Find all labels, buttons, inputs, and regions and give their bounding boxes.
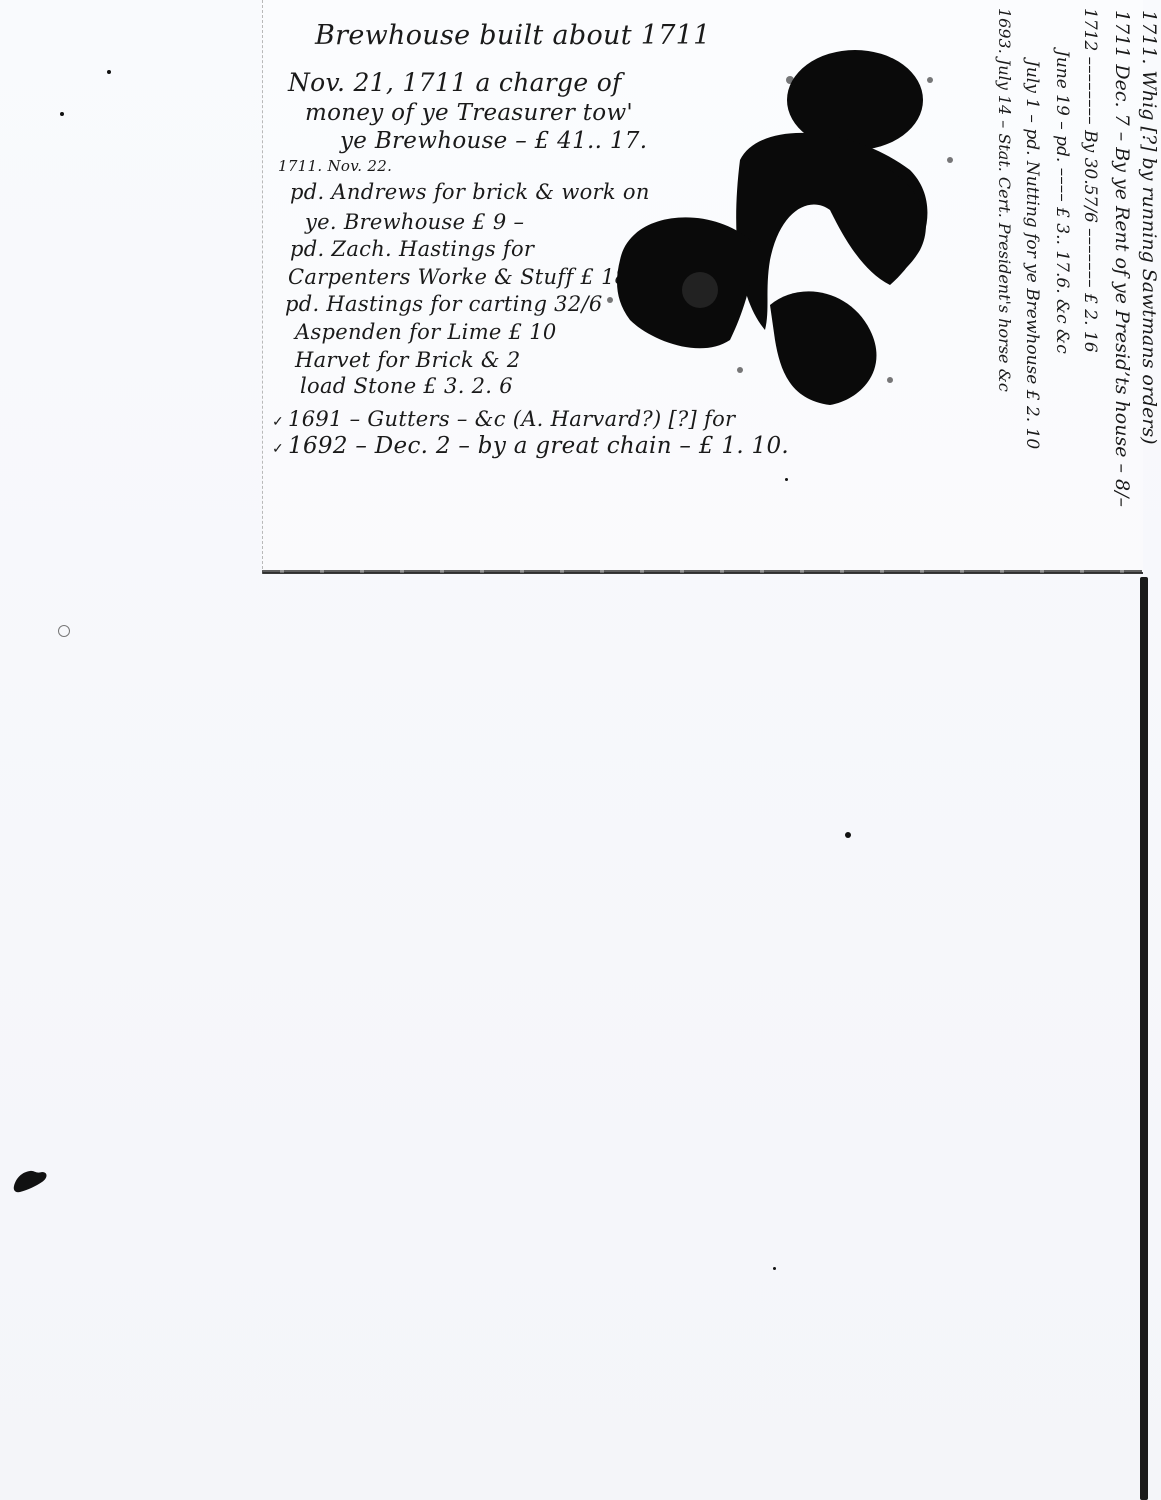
circle-mark-icon — [58, 625, 70, 637]
line-date-nov-22: 1711. Nov. 22. — [278, 157, 392, 175]
line-carpenters: Carpenters Worke & Stuff £ 18 — [288, 265, 628, 289]
check-mark-icon: ✓ — [272, 414, 284, 430]
line-nov-21: Nov. 21, 1711 a charge of — [288, 68, 622, 97]
speck — [785, 478, 788, 481]
scanned-page: Brewhouse built about 1711 Nov. 21, 1711… — [0, 0, 1161, 1500]
ink-stain-icon — [12, 1168, 50, 1194]
line-brewhouse-9: ye. Brewhouse £ 9 – — [305, 210, 524, 234]
ink-blot-icon — [590, 40, 990, 470]
line-money-treasurer: money of ye Treasurer tow' — [305, 100, 633, 126]
page-right-edge-bar — [1140, 577, 1148, 1500]
margin-note-3: 1712 –––––––– By 30.57/6 ––––––– £ 2. 16 — [1080, 8, 1100, 353]
speck — [773, 1267, 776, 1270]
margin-note-1: 1711. Whig [?] by running Sawtmans order… — [1138, 10, 1160, 445]
margin-note-5: July 1 – pd. Nutting for ye Brewhouse £ … — [1022, 60, 1042, 449]
margin-note-6: 1693. July 14 – Stat. Cert. President's … — [995, 8, 1014, 392]
line-brick: Harvet for Brick & 2 — [295, 348, 521, 372]
line-stone: load Stone £ 3. 2. 6 — [300, 374, 513, 398]
speck — [845, 832, 851, 838]
line-lime: Aspenden for Lime £ 10 — [295, 320, 557, 344]
speck — [60, 112, 64, 116]
line-zach-hastings: pd. Zach. Hastings for — [290, 237, 534, 261]
card-bottom-edge — [262, 570, 1142, 573]
line-carting: pd. Hastings for carting 32/6 — [285, 292, 603, 316]
speck — [107, 70, 111, 74]
margin-note-4: June 19 – pd. –––– £ 3.. 17.6. &c &c — [1052, 50, 1072, 354]
margin-note-2: 1711 Dec. 7 – By ye Rent of ye Presid’ts… — [1111, 10, 1133, 507]
check-mark-icon: ✓ — [272, 441, 284, 457]
